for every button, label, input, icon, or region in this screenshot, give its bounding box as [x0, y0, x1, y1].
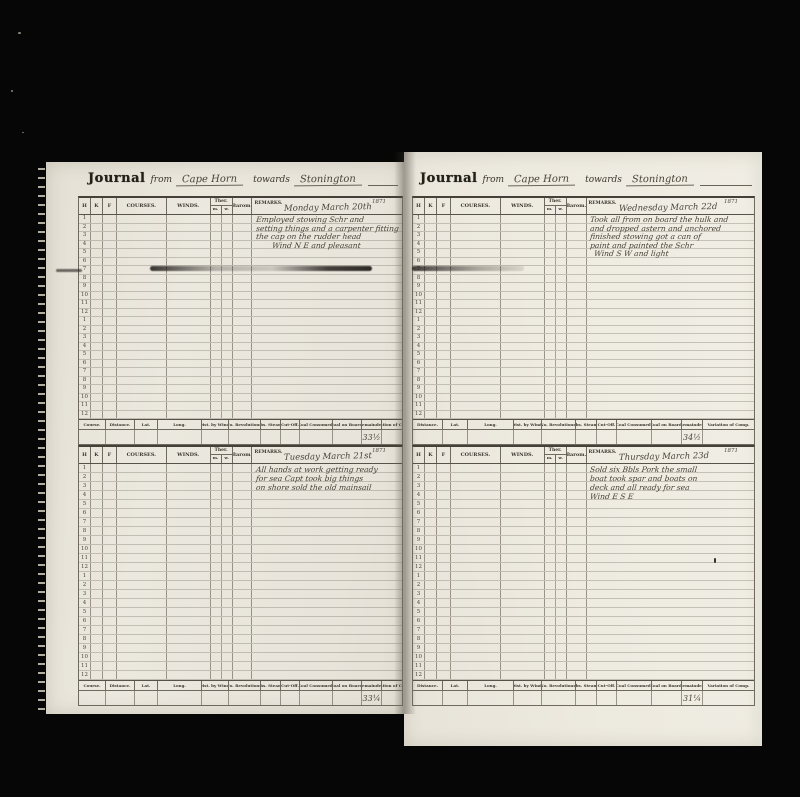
- log-cell: [117, 572, 167, 580]
- handwritten-year: 1871: [372, 448, 386, 454]
- log-cell: [437, 500, 451, 508]
- log-cell: [117, 377, 167, 385]
- ther-cell-left: [545, 360, 556, 368]
- ther-cell-left: [211, 402, 222, 410]
- summary-value-cell: [300, 430, 333, 444]
- hour-cell: 1: [79, 317, 91, 325]
- log-row: 10: [79, 394, 402, 403]
- ther-cell-left: [545, 402, 556, 410]
- ther-cell-right: [222, 232, 232, 240]
- ther-cells: [545, 653, 567, 661]
- hour-cell: 12: [79, 671, 91, 679]
- remarks-label: REMARKS.: [589, 201, 617, 206]
- ther-cell-left: [545, 241, 556, 249]
- handwritten-remarks-line: Sold six Bbls Pork the small: [590, 465, 755, 474]
- ther-cells: [545, 563, 567, 571]
- remarks-cell: [252, 351, 402, 359]
- summary-column-header: Variation of Comp.: [382, 420, 402, 429]
- summary-column-header: Coal Consumed.: [300, 420, 333, 429]
- column-header: K: [91, 447, 103, 463]
- ther-cells: [211, 241, 233, 249]
- ther-cell-left: [545, 385, 556, 393]
- ther-cell-left: [545, 491, 556, 499]
- remarks-cell: [587, 326, 755, 334]
- ther-cell-right: [556, 608, 566, 616]
- log-cell: [91, 590, 103, 598]
- hour-cell: 5: [79, 500, 91, 508]
- hour-cell: 6: [79, 509, 91, 517]
- hour-cell: 1: [79, 464, 91, 472]
- log-cell: [567, 300, 587, 308]
- log-cell: [501, 599, 545, 607]
- ther-cell-right: [556, 309, 566, 317]
- binding-stitches: [38, 168, 45, 714]
- ther-subcolumns: m.w.: [211, 455, 232, 463]
- log-cell: [167, 590, 211, 598]
- summary-value-cell: [229, 691, 261, 705]
- log-cell: [425, 635, 437, 643]
- log-cell: [437, 671, 451, 679]
- log-cell: [451, 360, 501, 368]
- log-cell: [451, 326, 501, 334]
- log-cell: [437, 617, 451, 625]
- ther-cell-left: [545, 292, 556, 300]
- log-cell: [233, 563, 253, 571]
- ink-smudge: [150, 266, 372, 271]
- remarks-cell: [587, 563, 755, 571]
- column-header: F: [437, 447, 451, 463]
- log-row: 8: [413, 527, 754, 536]
- hour-cell: 11: [413, 300, 425, 308]
- summary-value-cell: [79, 691, 106, 705]
- hour-cell: 5: [79, 608, 91, 616]
- hour-cell: 4: [413, 343, 425, 351]
- summary-column-header: Dist. by Wind.: [514, 681, 542, 690]
- hour-cell: 9: [413, 536, 425, 544]
- ther-cell-right: [556, 317, 566, 325]
- summary-value-cell: 31¼: [682, 691, 703, 705]
- ther-cells: [211, 671, 233, 679]
- log-cell: [567, 635, 587, 643]
- remarks-cell: [587, 518, 755, 526]
- summary-value-cell: [135, 430, 158, 444]
- log-cell: [501, 275, 545, 283]
- log-cell: [233, 545, 253, 553]
- ther-cell-left: [211, 224, 222, 232]
- column-header: COURSES.: [451, 198, 501, 214]
- summary-value-cell: [617, 691, 652, 705]
- ther-cells: [211, 317, 233, 325]
- log-cell: [451, 482, 501, 490]
- log-cell: [117, 343, 167, 351]
- ther-cells: [211, 275, 233, 283]
- remarks-label: REMARKS.: [254, 201, 282, 206]
- log-cell: [233, 491, 253, 499]
- log-cell: [437, 275, 451, 283]
- log-cell: [437, 317, 451, 325]
- ther-cell-left: [545, 527, 556, 535]
- log-cell: [501, 608, 545, 616]
- hour-cell: 11: [413, 402, 425, 410]
- remarks-cell: [587, 671, 755, 679]
- log-cell: [117, 394, 167, 402]
- log-cell: [167, 368, 211, 376]
- log-cell: [437, 491, 451, 499]
- log-cell: [501, 536, 545, 544]
- ther-subcolumns: m.w.: [545, 455, 566, 463]
- dust-speck: [22, 132, 24, 133]
- log-cell: [501, 464, 545, 472]
- ink-smudge: [56, 269, 82, 272]
- log-cell: [91, 599, 103, 607]
- ther-cells: [211, 581, 233, 589]
- log-row: 10: [413, 292, 754, 301]
- ther-cells: [545, 292, 567, 300]
- log-cell: [117, 241, 167, 249]
- log-cell: [451, 368, 501, 376]
- log-cell: [425, 224, 437, 232]
- ther-label: Ther.: [211, 198, 232, 206]
- ther-cell-left: [545, 608, 556, 616]
- log-cell: [451, 662, 501, 670]
- log-cell: [451, 671, 501, 679]
- log-cell: [425, 653, 437, 661]
- hour-cell: 6: [79, 617, 91, 625]
- log-cell: [451, 473, 501, 481]
- ther-cell-left: [545, 215, 556, 223]
- hour-cell: 6: [413, 360, 425, 368]
- ther-cells: [545, 385, 567, 393]
- log-cell: [567, 334, 587, 342]
- ther-cells: [545, 411, 567, 419]
- hour-cell: 11: [413, 662, 425, 670]
- log-row: 7: [413, 626, 754, 635]
- log-cell: [117, 464, 167, 472]
- log-cell: [425, 536, 437, 544]
- ther-cell-right: [556, 473, 566, 481]
- summary-value-cell: [652, 430, 682, 444]
- ther-cells: [545, 368, 567, 376]
- journal-title: Journal: [88, 171, 145, 186]
- log-row: 6: [413, 258, 754, 267]
- log-cell: [425, 394, 437, 402]
- remarks-cell: [587, 617, 755, 625]
- ther-cell-left: [545, 518, 556, 526]
- log-cell: [103, 509, 117, 517]
- summary-column-header: Dist. by Wind.: [202, 681, 229, 690]
- ther-cells: [211, 590, 233, 598]
- ther-cell-right: [556, 581, 566, 589]
- remarks-cell: [252, 394, 402, 402]
- log-cell: [501, 258, 545, 266]
- log-cell: [233, 662, 253, 670]
- log-cell: [103, 482, 117, 490]
- ther-cell-left: [545, 581, 556, 589]
- log-cell: [451, 309, 501, 317]
- hour-cell: 12: [413, 671, 425, 679]
- log-cell: [103, 326, 117, 334]
- log-cell: [567, 258, 587, 266]
- log-row: 12: [413, 671, 754, 680]
- summary-column-header: Variation of Comp.: [703, 681, 754, 690]
- ther-cells: [211, 653, 233, 661]
- ther-cell-right: [222, 572, 232, 580]
- summary-value-cell: [617, 430, 652, 444]
- log-cell: [425, 644, 437, 652]
- log-row: 5: [413, 351, 754, 360]
- log-cell: [117, 644, 167, 652]
- log-row: 8: [413, 635, 754, 644]
- ther-cell-left: [545, 482, 556, 490]
- log-cell: [103, 527, 117, 535]
- ther-cell-right: [556, 385, 566, 393]
- remarks-cell: [252, 385, 402, 393]
- log-cell: [117, 334, 167, 342]
- ther-cell-right: [222, 482, 232, 490]
- summary-column-header: Remainder.: [682, 681, 703, 690]
- remarks-cell: [587, 626, 755, 634]
- table-header-row: HKFCOURSES.WINDS.Ther.m.w.Barom.REMARKS.…: [79, 447, 402, 464]
- log-cell: [567, 351, 587, 359]
- remarks-cell: [252, 581, 402, 589]
- log-cell: [567, 581, 587, 589]
- ther-cell-right: [222, 500, 232, 508]
- remarks-cell: [587, 317, 755, 325]
- summary-column-header: Long.: [468, 420, 514, 429]
- ther-cell-left: [545, 334, 556, 342]
- log-cell: [437, 482, 451, 490]
- log-cell: [91, 249, 103, 257]
- log-row: 10: [413, 394, 754, 403]
- summary-value-cell: [158, 691, 202, 705]
- log-cell: [425, 309, 437, 317]
- ther-cell-right: [556, 599, 566, 607]
- log-cell: [425, 527, 437, 535]
- log-cell: [501, 626, 545, 634]
- ther-sub-label: m.: [211, 206, 222, 214]
- ther-cell-left: [211, 563, 222, 571]
- ther-subcolumns: m.w.: [211, 206, 232, 214]
- ther-cell-left: [545, 368, 556, 376]
- log-cell: [117, 554, 167, 562]
- log-cell: [567, 671, 587, 679]
- ther-sub-label: m.: [545, 206, 556, 214]
- log-cell: [167, 224, 211, 232]
- ther-cell-right: [222, 527, 232, 535]
- ther-cell-left: [211, 671, 222, 679]
- log-cell: [451, 241, 501, 249]
- hour-cell: 1: [413, 572, 425, 580]
- ther-cells: [211, 536, 233, 544]
- remarks-header-cell: REMARKS.Monday March 20th1871: [252, 198, 402, 214]
- log-row: 7: [413, 368, 754, 377]
- log-cell: [425, 608, 437, 616]
- log-cell: [233, 482, 253, 490]
- log-row: 9: [413, 283, 754, 292]
- log-cell: [425, 334, 437, 342]
- ther-cells: [545, 635, 567, 643]
- log-cell: [91, 491, 103, 499]
- handwritten-remarks-line: on shore sold the old mainsail: [256, 483, 403, 492]
- log-cell: [91, 241, 103, 249]
- ther-cell-left: [211, 334, 222, 342]
- log-cell: [567, 500, 587, 508]
- handwritten-to-place: Stonington: [294, 174, 362, 187]
- column-header: WINDS.: [501, 447, 545, 463]
- log-cell: [103, 249, 117, 257]
- ther-cell-left: [211, 292, 222, 300]
- log-cell: [567, 249, 587, 257]
- hour-cell: 2: [79, 581, 91, 589]
- ther-cells: [211, 232, 233, 240]
- ther-cell-right: [556, 509, 566, 517]
- ther-cell-right: [222, 563, 232, 571]
- log-cell: [567, 536, 587, 544]
- log-cell: [451, 617, 501, 625]
- ther-cell-right: [222, 334, 232, 342]
- log-cell: [117, 671, 167, 679]
- log-cell: [103, 563, 117, 571]
- log-cell: [233, 232, 253, 240]
- remarks-cell: [587, 258, 755, 266]
- ther-cell-right: [222, 343, 232, 351]
- ther-cell-right: [222, 215, 232, 223]
- column-header: K: [425, 447, 437, 463]
- log-cell: [425, 258, 437, 266]
- hour-cell: 11: [79, 402, 91, 410]
- log-cell: [567, 215, 587, 223]
- log-cell: [567, 572, 587, 580]
- summary-column-header: Coal Consumed.: [617, 420, 652, 429]
- log-cell: [233, 411, 253, 419]
- remarks-cell: [252, 536, 402, 544]
- log-cell: [167, 215, 211, 223]
- summary-column-header: Cut-Off.: [281, 420, 300, 429]
- log-row: 6: [413, 509, 754, 518]
- summary-value-cell: [468, 430, 514, 444]
- ther-cell-right: [556, 545, 566, 553]
- log-cell: [103, 385, 117, 393]
- ther-cells: [211, 644, 233, 652]
- log-row: 7: [79, 368, 402, 377]
- hour-cell: 6: [413, 617, 425, 625]
- log-cell: [451, 572, 501, 580]
- log-cell: [567, 464, 587, 472]
- log-cell: [91, 545, 103, 553]
- log-table: HKFCOURSES.WINDS.Ther.m.w.Barom.REMARKS.…: [78, 445, 403, 706]
- log-cell: [167, 249, 211, 257]
- log-cell: [233, 224, 253, 232]
- ther-cell-right: [222, 275, 232, 283]
- log-row: 3: [79, 334, 402, 343]
- ther-cell-left: [545, 300, 556, 308]
- log-cell: [233, 572, 253, 580]
- log-cell: [425, 599, 437, 607]
- summary-value-cell: [413, 691, 443, 705]
- handwritten-remarks-line: Wind N E and pleasant: [272, 242, 403, 251]
- log-cell: [567, 518, 587, 526]
- summary-column-header: Lat.: [135, 681, 158, 690]
- ther-cells: [211, 599, 233, 607]
- ther-cell-right: [556, 518, 566, 526]
- log-row: 11: [413, 300, 754, 309]
- log-row: 6: [413, 617, 754, 626]
- log-cell: [167, 509, 211, 517]
- log-row: 9: [413, 385, 754, 394]
- log-row: 2: [413, 326, 754, 335]
- ther-cell-left: [545, 258, 556, 266]
- remarks-cell: [252, 617, 402, 625]
- log-cell: [451, 411, 501, 419]
- log-cell: [425, 563, 437, 571]
- ther-cells: [545, 215, 567, 223]
- log-cell: [103, 608, 117, 616]
- log-cell: [91, 653, 103, 661]
- summary-column-header: Variation of Comp.: [703, 420, 754, 429]
- ther-cell-left: [211, 394, 222, 402]
- log-cell: [567, 491, 587, 499]
- log-cell: [437, 518, 451, 526]
- log-cell: [451, 275, 501, 283]
- ther-cell-left: [211, 662, 222, 670]
- summary-column-header: Remainder.: [362, 681, 382, 690]
- log-cell: [233, 608, 253, 616]
- log-cell: [91, 581, 103, 589]
- remarks-cell: [252, 368, 402, 376]
- column-header: H: [79, 198, 91, 214]
- summary-value-cell: [514, 430, 542, 444]
- column-header-ther: Ther.m.w.: [545, 198, 567, 214]
- log-row: 7: [79, 626, 402, 635]
- log-cell: [167, 617, 211, 625]
- ther-cell-left: [545, 283, 556, 291]
- hour-cell: 1: [413, 215, 425, 223]
- ther-cell-right: [556, 464, 566, 472]
- log-cell: [501, 249, 545, 257]
- remarks-cell: [252, 300, 402, 308]
- log-cell: [233, 581, 253, 589]
- summary-header-row: Distance.Lat.Long.Dist. by Wind.No. Revo…: [413, 680, 754, 691]
- log-cell: [233, 385, 253, 393]
- remarks-cell: [252, 635, 402, 643]
- log-row: 10: [413, 545, 754, 554]
- ther-cells: [545, 518, 567, 526]
- remarks-cell: [587, 599, 755, 607]
- remarks-cell: [587, 554, 755, 562]
- ther-cell-right: [222, 292, 232, 300]
- log-cell: [167, 241, 211, 249]
- summary-column-header: Distance.: [413, 420, 443, 429]
- ther-cell-left: [211, 360, 222, 368]
- log-cell: [167, 394, 211, 402]
- ther-cell-left: [545, 275, 556, 283]
- log-cell: [567, 482, 587, 490]
- log-cell: [167, 518, 211, 526]
- remarks-cell: [587, 275, 755, 283]
- table-header-row: HKFCOURSES.WINDS.Ther.m.w.Barom.REMARKS.…: [413, 447, 754, 464]
- log-cell: [103, 368, 117, 376]
- summary-header-row: Course.Distance.Lat.Long.Dist. by Wind.N…: [79, 419, 402, 430]
- remarks-cell: [252, 377, 402, 385]
- log-row: 11: [79, 300, 402, 309]
- log-cell: [567, 644, 587, 652]
- ther-cell-left: [545, 671, 556, 679]
- ther-cell-left: [211, 500, 222, 508]
- hour-cell: 12: [79, 411, 91, 419]
- remarks-cell: [587, 385, 755, 393]
- ther-cell-left: [545, 590, 556, 598]
- log-cell: [91, 662, 103, 670]
